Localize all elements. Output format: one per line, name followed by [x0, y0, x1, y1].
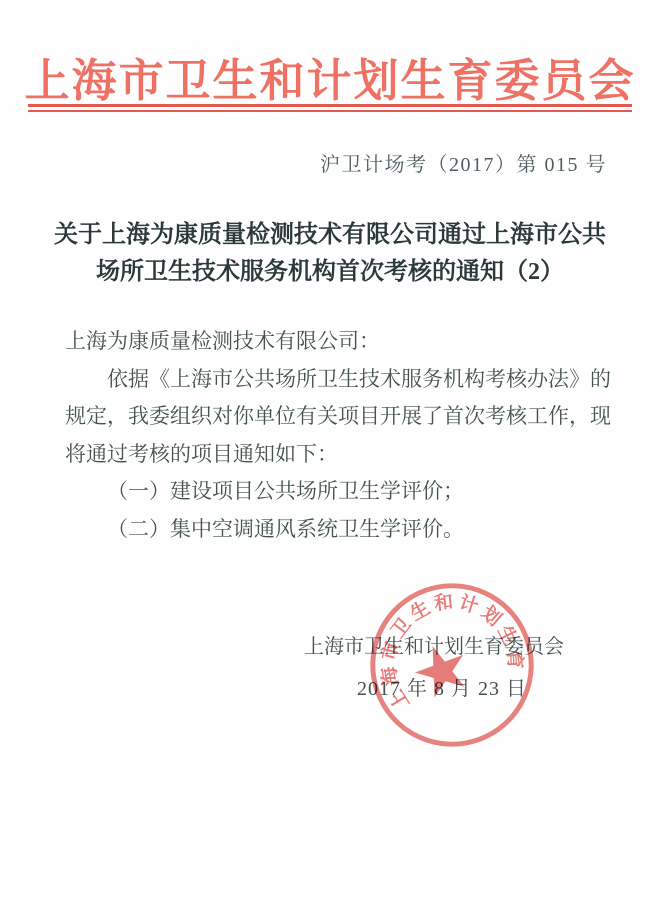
doc-number: 沪卫计场考（2017）第 015 号 [320, 148, 607, 177]
org-header-title: 上海市卫生和计划生育委员会 [0, 44, 660, 109]
signature-date: 2017 年 8 月 23 日 [357, 672, 527, 701]
body-line: 依据《上海市公共场所卫生技术服务机构考核办法》的 [65, 361, 615, 399]
seal-ring [362, 575, 542, 755]
divider-thin-line [28, 110, 632, 112]
body-line: 将通过考核的项目通知如下： [65, 436, 615, 474]
signature-org: 上海市卫生和计划生育委员会 [304, 630, 564, 659]
body-line: 上海为康质量检测技术有限公司： [65, 323, 615, 361]
body-line: （一）建设项目公共场所卫生学评价； [65, 473, 615, 511]
document-page: 上海市卫生和计划生育委员会 沪卫计场考（2017）第 015 号 关于上海为康质… [0, 0, 660, 900]
body-line: 规定，我委组织对你单位有关项目开展了首次考核工作，现 [65, 398, 615, 436]
notice-title-line1: 关于上海为康质量检测技术有限公司通过上海市公共 [20, 217, 640, 254]
official-seal: 上海市卫生和计划生育委员会 [362, 575, 542, 755]
body-line: （二）集中空调通风系统卫生学评价。 [65, 511, 615, 549]
notice-title: 关于上海为康质量检测技术有限公司通过上海市公共 场所卫生技术服务机构首次考核的通… [20, 217, 640, 291]
notice-title-line2: 场所卫生技术服务机构首次考核的通知（2） [20, 254, 640, 291]
header-divider [28, 104, 632, 112]
body-text: 上海为康质量检测技术有限公司： 依据《上海市公共场所卫生技术服务机构考核办法》的… [65, 323, 615, 548]
